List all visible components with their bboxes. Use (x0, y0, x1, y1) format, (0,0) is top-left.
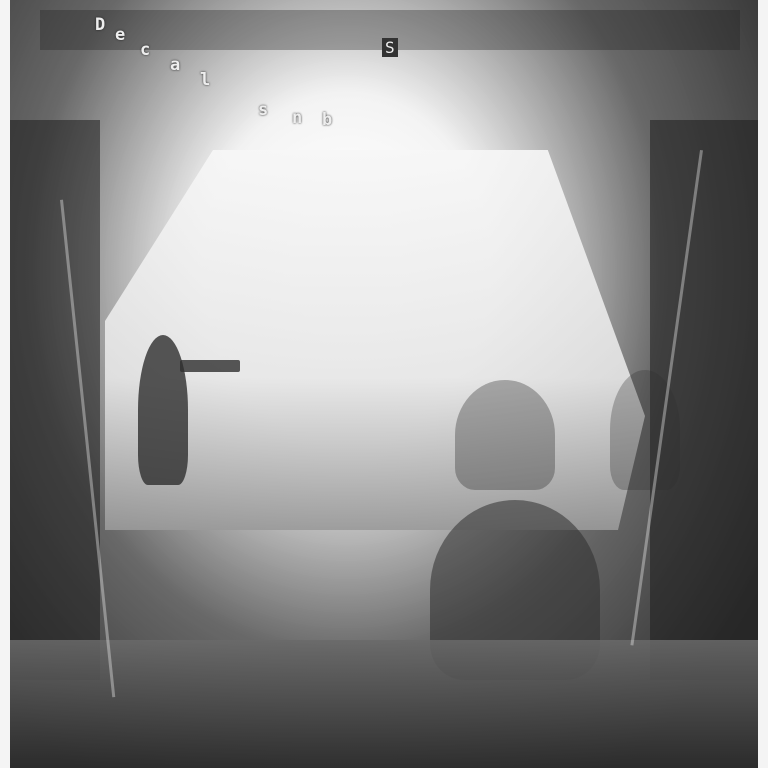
letter: b (322, 110, 332, 130)
letter: c (140, 40, 150, 60)
collage-artwork: D e c a l s n b S (0, 0, 768, 768)
letter: l (200, 70, 210, 90)
letter: a (170, 55, 180, 75)
letter-s-tag: S (382, 38, 398, 57)
letter: e (115, 25, 125, 45)
left-dark-band (10, 120, 100, 680)
letter: n (292, 108, 302, 128)
letter: s (258, 100, 268, 120)
letter: D (95, 15, 105, 35)
soldier-figure (138, 335, 188, 485)
rifle-shape (180, 360, 240, 372)
ghost-face (455, 380, 555, 490)
floor-band (10, 640, 758, 768)
